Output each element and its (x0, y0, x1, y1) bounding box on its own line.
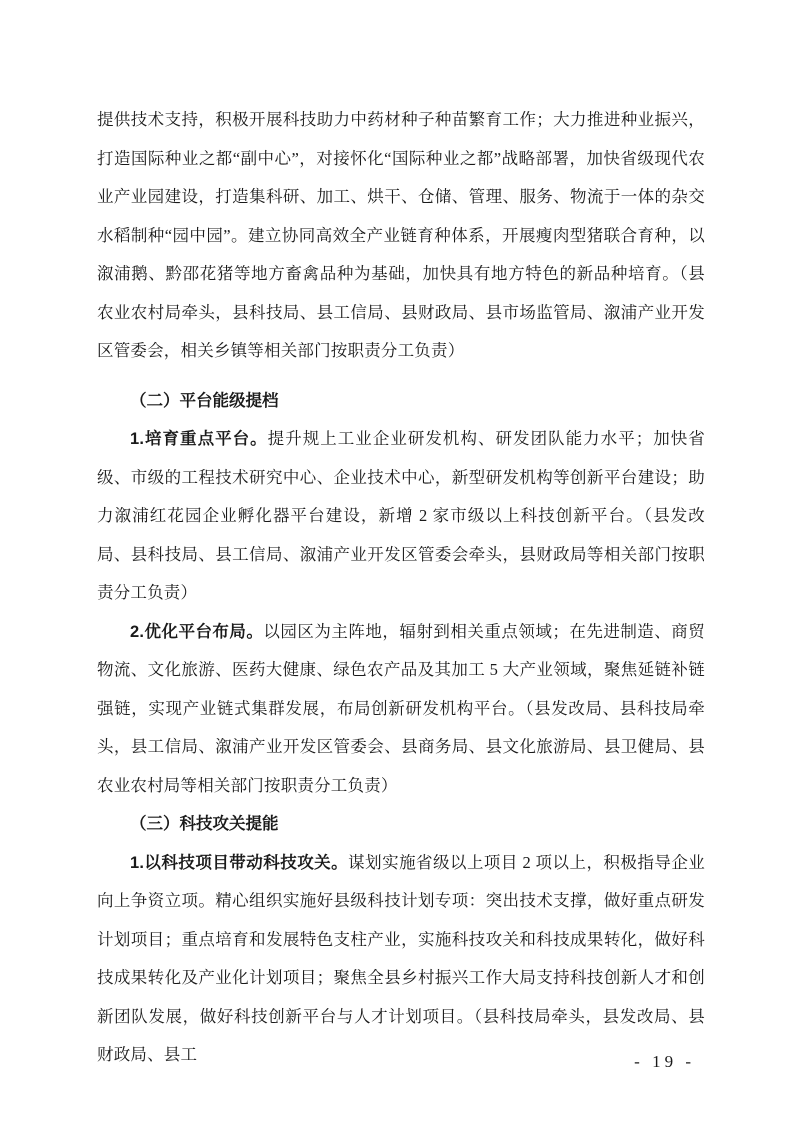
page-number: - 19 - (634, 1052, 695, 1072)
section-heading-tech-research-capability: （三）科技攻关提能 (97, 805, 705, 844)
paragraph-lead-tech-projects-drive-research: 1.以科技项目带动科技攻关。 (130, 854, 348, 872)
paragraph-tech-projects-drive-research: 1.以科技项目带动科技攻关。谋划实施省级以上项目 2 项以上，积极指导企业向上争… (97, 844, 705, 1075)
document-text-block: 提供技术支持，积极开展科技助力中药材种子种苗繁育工作；大力推进种业振兴，打造国际… (97, 101, 705, 1075)
paragraph-cultivate-key-platforms: 1.培育重点平台。提升规上工业企业研发机构、研发团队能力水平；加快省级、市级的工… (97, 420, 705, 613)
document-page: 提供技术支持，积极开展科技助力中药材种子种苗繁育工作；大力推进种业振兴，打造国际… (0, 0, 793, 1122)
paragraph-text-cultivate-key-platforms: 提升规上工业企业研发机构、研发团队能力水平；加快省级、市级的工程技术研究中心、企… (97, 429, 705, 602)
paragraph-lead-optimize-platform-layout: 2.优化平台布局。 (130, 623, 263, 641)
paragraph-lead-cultivate-key-platforms: 1.培育重点平台。 (130, 430, 268, 448)
section-heading-platform-upgrade: （二）平台能级提档 (97, 382, 705, 421)
paragraph-text-optimize-platform-layout: 以园区为主阵地，辐射到相关重点领域；在先进制造、商贸物流、文化旅游、医药大健康、… (97, 622, 705, 795)
paragraph-text-tech-projects-drive-research: 谋划实施省级以上项目 2 项以上，积极指导企业向上争资立项。精心组织实施好县级科… (97, 853, 705, 1065)
paragraph-continuation-seed-industry: 提供技术支持，积极开展科技助力中药材种子种苗繁育工作；大力推进种业振兴，打造国际… (97, 101, 705, 371)
paragraph-optimize-platform-layout: 2.优化平台布局。以园区为主阵地，辐射到相关重点领域；在先进制造、商贸物流、文化… (97, 613, 705, 806)
